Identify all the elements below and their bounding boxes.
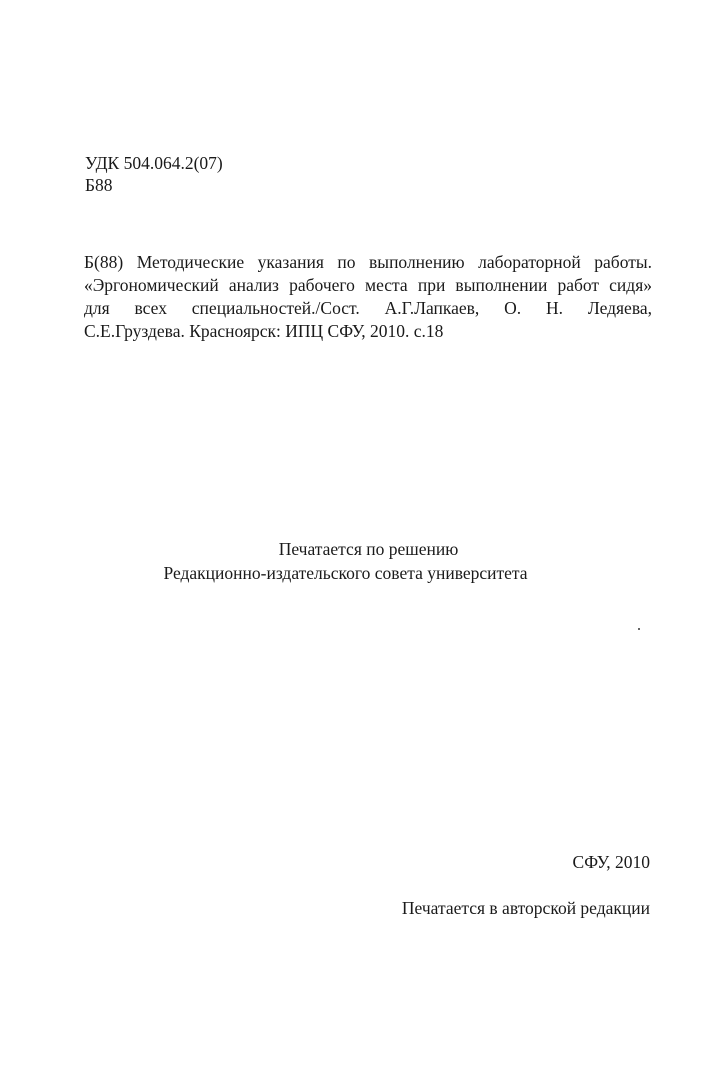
bibliographic-line: для всех специальностей./Сост. А.Г.Лапка… <box>84 297 652 320</box>
udk-block: УДК 504.064.2(07) Б88 <box>85 152 223 196</box>
approval-line-1: Печатается по решению <box>0 537 727 561</box>
bibliographic-record: Б(88) Методические указания по выполнени… <box>84 251 652 343</box>
approval-line-2: Редакционно-издательского совета универс… <box>0 561 727 585</box>
bibliographic-line: С.Е.Груздева. Красноярск: ИПЦ СФУ, 2010.… <box>84 320 652 343</box>
edition-note: Печатается в авторской редакции <box>402 896 650 920</box>
publication-approval: Печатается по решению Редакционно-издате… <box>0 537 727 585</box>
scan-speck <box>638 628 640 630</box>
author-mark: Б88 <box>85 174 223 196</box>
bibliographic-line: Б(88) Методические указания по выполнени… <box>84 251 652 274</box>
udk-code: УДК 504.064.2(07) <box>85 152 223 174</box>
document-page: УДК 504.064.2(07) Б88 Б(88) Методические… <box>0 0 727 1080</box>
bibliographic-line: «Эргономический анализ рабочего места пр… <box>84 274 652 297</box>
copyright-line: СФУ, 2010 <box>573 850 650 874</box>
